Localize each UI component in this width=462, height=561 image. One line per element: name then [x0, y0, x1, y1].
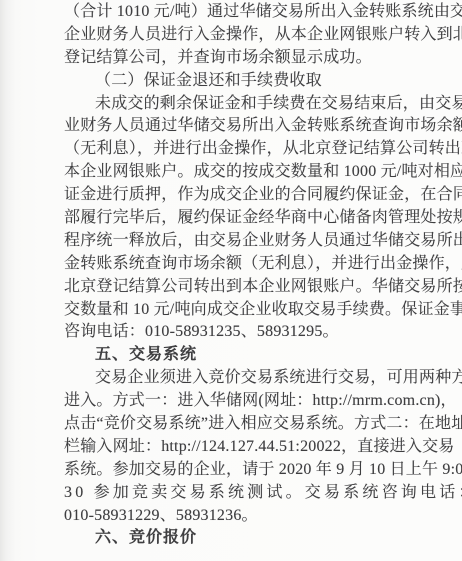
document-line: 企业财务人员进行入金操作，从本企业网银账户转入到北京 [64, 24, 446, 47]
document-text-block: （合计 1010 元/吨）通过华储交易所出入金转账系统由交易企业财务人员进行入金… [64, 1, 446, 550]
document-line: 程序统一释放后，由交易企业财务人员通过华储交易所出入 [64, 230, 446, 253]
document-line: 证金进行质押，作为成交企业的合同履约保证金，在合同全 [64, 184, 446, 207]
scanned-document-page: （合计 1010 元/吨）通过华储交易所出入金转账系统由交易企业财务人员进行入金… [0, 0, 462, 561]
document-line: 部履行完毕后，履约保证金经华商中心储备肉管理处按规定 [64, 207, 446, 230]
document-line: 咨询电话：010-58931235、58931295。 [64, 321, 446, 344]
document-line: （无利息），并进行出金操作，从北京登记结算公司转出到 [64, 138, 446, 161]
document-line: 未成交的剩余保证金和手续费在交易结束后，由交易企 [64, 93, 446, 116]
document-line: 010-58931229、58931236。 [64, 505, 446, 528]
document-line: 交数量和 10 元/吨向成交企业收取交易手续费。保证金事宜 [64, 299, 446, 322]
document-line: 金转账系统查询市场余额（无利息），并进行出金操作，从 [64, 253, 446, 276]
document-line: 本企业网银账户。成交的按成交数量和 1000 元/吨对相应保 [64, 161, 446, 184]
document-line: 点击“竞价交易系统”进入相应交易系统。方式二：在地址 [64, 413, 446, 436]
document-line: 业财务人员通过华储交易所出入金转账系统查询市场余额 [64, 115, 446, 138]
document-line: 系统。参加交易的企业，请于 2020 年 9 月 10 日上午 9:00-11: [64, 459, 446, 482]
document-line: 登记结算公司，并查询市场余额显示成功。 [64, 47, 446, 70]
section-heading: 六、竞价报价 [64, 527, 446, 550]
document-line: 30 参加竞卖交易系统测试。交易系统咨询电话： [64, 482, 446, 505]
document-line: （二）保证金退还和手续费收取 [64, 70, 446, 93]
document-line: 北京登记结算公司转出到本企业网银账户。华储交易所按成 [64, 276, 446, 299]
document-line: 进入。方式一：进入华储网(网址：http://mrm.com.cn)， [64, 390, 446, 413]
section-heading: 五、交易系统 [64, 344, 446, 367]
document-line: （合计 1010 元/吨）通过华储交易所出入金转账系统由交易 [64, 1, 446, 24]
document-line: 栏输入网址：http://124.127.44.51:20022，直接进入交易 [64, 436, 446, 459]
document-line: 交易企业须进入竞价交易系统进行交易，可用两种方式 [64, 367, 446, 390]
